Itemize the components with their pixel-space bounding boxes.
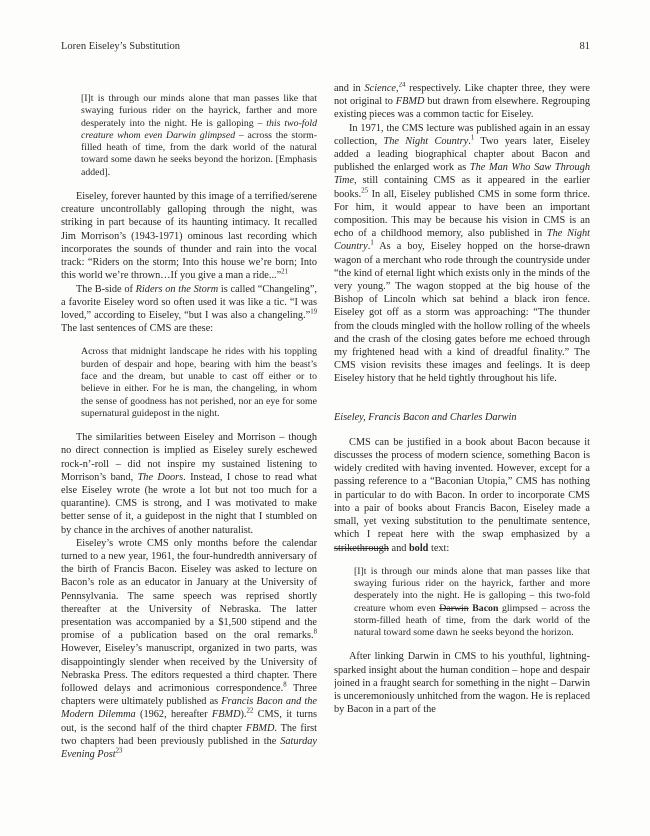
- emphasized-text: strikethrough: [334, 543, 389, 554]
- paragraph: and in Science,24 respectively. Like cha…: [334, 82, 590, 122]
- block-quote: [I]t is through our minds alone that man…: [81, 93, 317, 179]
- body-text: Eiseley, forever haunted by this image o…: [61, 191, 317, 281]
- body-text: text:: [428, 543, 449, 554]
- emphasized-text: bold: [409, 543, 428, 554]
- document-page: Loren Eiseley’s Substitution 81 [I]t is …: [0, 0, 650, 836]
- paragraph: The B-side of Riders on the Storm is cal…: [61, 283, 317, 336]
- body-text: The B-side of: [76, 284, 136, 295]
- body-text: CMS can be justified in a book about Bac…: [334, 437, 590, 540]
- body-text: As a boy, Eiseley hopped on the horse-dr…: [334, 241, 590, 384]
- footnote-reference: 23: [116, 748, 123, 755]
- left-column: [I]t is through our minds alone that man…: [61, 82, 317, 761]
- two-column-body: [I]t is through our minds alone that man…: [0, 82, 650, 761]
- body-text: After linking Darwin in CMS to his youth…: [334, 651, 590, 715]
- body-text: Eiseley’s wrote CMS only months before t…: [61, 538, 317, 641]
- paragraph: CMS can be justified in a book about Bac…: [334, 436, 590, 555]
- emphasized-text: FBMD: [246, 723, 275, 734]
- emphasized-text: Darwin: [439, 603, 468, 614]
- paragraph: After linking Darwin in CMS to his youth…: [334, 650, 590, 716]
- body-text: Across that midnight landscape he rides …: [81, 346, 317, 418]
- footnote-reference: 8: [314, 629, 317, 636]
- footnote-reference: 21: [281, 269, 288, 276]
- body-text: and: [389, 543, 409, 554]
- emphasized-text: The Doors: [138, 472, 184, 483]
- right-column: and in Science,24 respectively. Like cha…: [334, 82, 590, 761]
- block-quote: [I]t is through our minds alone that man…: [354, 566, 590, 640]
- emphasized-text: Science: [365, 83, 396, 94]
- block-quote: Across that midnight landscape he rides …: [81, 346, 317, 420]
- paragraph: In 1971, the CMS lecture was published a…: [334, 122, 590, 386]
- body-text: Eiseley, Francis Bacon and Charles Darwi…: [334, 412, 516, 423]
- emphasized-text: Bacon: [472, 603, 498, 614]
- footnote-reference: 25: [361, 187, 368, 194]
- body-text: (1962, hereafter: [136, 709, 212, 720]
- section-heading: Eiseley, Francis Bacon and Charles Darwi…: [334, 411, 590, 424]
- emphasized-text: FBMD: [396, 96, 425, 107]
- body-text: The last sentences of CMS are these:: [61, 323, 213, 334]
- running-title: Loren Eiseley’s Substitution: [61, 41, 180, 52]
- emphasized-text: The Night Country: [384, 136, 469, 147]
- body-text: However, Eiseley’s manuscript, organized…: [61, 643, 317, 694]
- emphasized-text: Riders on the Storm: [136, 284, 219, 295]
- body-text: and in: [334, 83, 365, 94]
- emphasized-text: FBMD: [212, 709, 241, 720]
- page-header: Loren Eiseley’s Substitution 81: [0, 0, 650, 52]
- paragraph: Eiseley’s wrote CMS only months before t…: [61, 537, 317, 761]
- page-number: 81: [580, 41, 591, 52]
- footnote-reference: 19: [310, 308, 317, 315]
- paragraph: Eiseley, forever haunted by this image o…: [61, 190, 317, 282]
- paragraph: The similarities between Eiseley and Mor…: [61, 431, 317, 537]
